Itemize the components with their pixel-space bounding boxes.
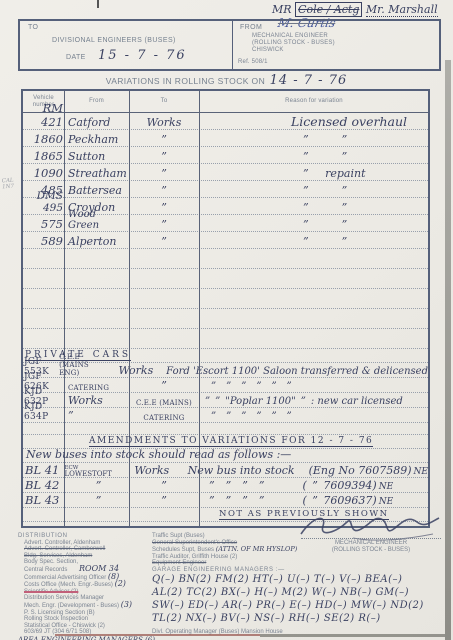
- empty-row: [23, 269, 428, 289]
- distribution-item: Advert. Controller, Aldenham: [18, 540, 153, 547]
- distribution-item: P. S. Licensing Section (B): [18, 610, 153, 617]
- table-row: BL 43 ” ” ” ” ” ” ( ” 7609637) NE: [23, 493, 428, 508]
- to-cell: ”: [129, 201, 199, 214]
- to-cell: CATERING: [129, 414, 199, 422]
- empty-row: [23, 309, 428, 329]
- reason-cell: ” ”: [199, 133, 428, 146]
- amendments-title: AMENDMENTS TO VARIATIONS FOR 12 - 7 - 76: [89, 436, 373, 447]
- to-value: DIVISIONAL ENGINEERS (BUSES): [52, 37, 176, 44]
- annotation-prefix: MR: [272, 3, 292, 16]
- handwritten-count: (2): [115, 579, 126, 588]
- attn-note: (ATTN. OF MR HYSLOP): [216, 545, 298, 553]
- distribution-item: Advert. Controller, Camberwell: [18, 546, 153, 553]
- from-cell-bottom: LOWESTOFT: [65, 471, 120, 477]
- scan-edge-shadow: [445, 60, 451, 640]
- from-cell: Works: [64, 394, 129, 407]
- variations-table: Vehicle number From To Reason for variat…: [21, 89, 430, 528]
- scan-artifact: [97, 0, 99, 8]
- distribution-item-text: Commercial Advertising Officer: [24, 575, 106, 581]
- reason-cell: ” ”: [199, 235, 428, 248]
- scan-edge-mark: [55, 634, 260, 636]
- table-row: 1865 Sutton ” ” ”: [23, 147, 428, 164]
- from-line2: (ROLLING STOCK - BUSES): [252, 40, 335, 47]
- from-cell: Wood Green: [64, 209, 129, 231]
- vehicle-number: 1860: [23, 132, 64, 146]
- reason-cell: ” ” ” ” ( ” 7609637) NE: [199, 494, 428, 507]
- from-cell: Streatham: [64, 167, 129, 180]
- to-cell: ”: [129, 479, 199, 492]
- table-row: 1860 Peckham ” ” ”: [23, 130, 428, 147]
- reason-cell: ” ”: [199, 201, 428, 214]
- vehicle-number: 589: [23, 234, 64, 248]
- reason-cell: ” ” ” ” ” ”: [199, 381, 428, 392]
- empty-row: [23, 423, 428, 435]
- distribution-heading: DISTRIBUTION: [18, 533, 153, 540]
- from-cell: ”: [64, 479, 129, 492]
- amendments-header-row: AMENDMENTS TO VARIATIONS FOR 12 - 7 - 76: [23, 435, 428, 449]
- distribution-item-text: Schedules Supt, Buses: [152, 547, 214, 553]
- to-cell: ”: [129, 379, 199, 392]
- distribution-item: Mech. Engr. (Development - Buses) (3): [18, 602, 153, 610]
- distribution-item: Distribution Services Manager: [18, 595, 153, 602]
- vehicle-number: BL 41: [23, 463, 61, 477]
- to-cell: ”: [129, 494, 199, 507]
- annotation-name: Mr. Marshall: [366, 3, 438, 17]
- distribution-item-text: Costs Office (Mech. Engr.-Buses): [24, 582, 113, 588]
- vehicle-number: 575: [23, 217, 64, 231]
- to-cell: ”: [129, 133, 199, 146]
- vehicle-number: BL 43: [23, 493, 64, 507]
- ne-mark: NE: [379, 482, 393, 492]
- reason-cell: ” repaint: [199, 167, 428, 180]
- empty-row: [23, 249, 428, 269]
- reason-cell: ” ” ” ” ( ” 7609394) NE: [199, 479, 428, 492]
- from-cell: Sutton: [64, 150, 129, 163]
- reason-text: ” ” ” ”: [199, 494, 265, 507]
- distribution-item: Costs Office (Mech. Engr.-Buses) (2): [18, 581, 153, 589]
- address-box-divider: [232, 21, 233, 69]
- reason-cell: ” ”: [199, 150, 428, 163]
- to-cell: Works: [112, 364, 161, 377]
- vehicle-number: BL 42: [23, 478, 64, 492]
- garage-codes-line: SW(–) ED(–) AR(–) PR(–) E(–) HD(–) MW(–)…: [152, 599, 442, 612]
- amendments-note-row: New buses into stock should read as foll…: [23, 449, 428, 463]
- reason-cell: Ford 'Escort 1100' Saloon transferred & …: [160, 366, 428, 377]
- title-printed: VARIATIONS IN ROLLING STOCK ON: [106, 76, 265, 86]
- from-cell: Peckham: [64, 133, 129, 146]
- reason-cell: New bus into stock (Eng No 7607589) NE: [184, 464, 428, 477]
- from-cell: Battersea: [64, 184, 129, 197]
- distribution-item: Scientific Adviser (2): [18, 589, 153, 596]
- col-header-from: From: [64, 98, 129, 105]
- distribution-item: Bldg. Services, Aldenham: [18, 553, 153, 560]
- from-cell: Catford: [64, 116, 129, 129]
- table-row: RM 421 Catford Works Licensed overhaul: [23, 113, 428, 130]
- distribution-item: Rolling Stock Inspection: [18, 616, 153, 623]
- from-cell: ECW LOWESTOFT: [61, 465, 120, 477]
- table-row: JGF 626K CATERING ” ” ” ” ” ” ”: [23, 378, 428, 393]
- ne-mark: NE: [379, 497, 393, 507]
- scanned-memo-page: MR Cole / Actg Mr. Marshall M. Curtis TO…: [0, 0, 453, 640]
- reason-text: New bus into stock: [184, 464, 295, 477]
- reason-cell: ” ”: [199, 218, 428, 231]
- to-cell: ”: [129, 167, 199, 180]
- reason-cell: ” ” "Poplar 1100" ” : new car licensed: [199, 396, 428, 407]
- distribution-left: DISTRIBUTION Advert. Controller, Aldenha…: [18, 533, 153, 640]
- from-cell: ”: [64, 409, 129, 422]
- to-cell: ”: [129, 235, 199, 248]
- table-body: RM 421 Catford Works Licensed overhaul 1…: [23, 113, 428, 531]
- handwritten-count: (3): [121, 600, 132, 609]
- distribution-item: Central Records ROOM 34: [18, 566, 153, 574]
- table-row: KJD 634P ” CATERING ” ” ” ” ” ”: [23, 408, 428, 423]
- table-row: JGF 553K C.E.E (MAINS ENG) Works Ford 'E…: [23, 363, 428, 378]
- area-engineering-managers: AREA ENGINEERING MANAGERS (6): [18, 636, 153, 640]
- empty-row: [23, 329, 428, 349]
- to-cell: Works: [129, 116, 199, 129]
- reason-cell: ” ” ” ” ” ”: [199, 411, 428, 422]
- engine-number: ( ” 7609394): [303, 479, 377, 492]
- reason-cell: ” ”: [199, 184, 428, 197]
- garage-codes-line: TL(2) NX(–) BV(–) NS(–) RH(–) SE(2) R(–): [152, 612, 442, 625]
- table-header: Vehicle number From To Reason for variat…: [23, 91, 428, 113]
- ref-number: Ref. 508/1: [238, 59, 268, 66]
- from-label: FROM: [240, 24, 262, 31]
- address-box: TO DIVISIONAL ENGINEERS (BUSES) DATE 15 …: [18, 19, 441, 71]
- empty-row: [23, 289, 428, 309]
- from-cell: C.E.E (MAINS ENG): [55, 353, 111, 377]
- table-row: 485 Battersea ” ” ”: [23, 181, 428, 198]
- table-row: 1090 Streatham ” ” repaint: [23, 164, 428, 181]
- col-header-reason: Reason for variation: [199, 98, 429, 105]
- date-value: 15 - 7 - 76: [98, 48, 187, 63]
- distribution-item: Commercial Advertising Officer (8): [18, 574, 153, 582]
- vehicle-number: 1090: [23, 166, 64, 180]
- from-cell: Alperton: [64, 235, 129, 248]
- to-cell: ”: [129, 184, 199, 197]
- stamp-line2: (ROLLING STOCK - BUSES): [301, 547, 441, 554]
- vehicle-number: DMS 495: [23, 190, 64, 214]
- distribution-item: Statistical Office - Chiswick (2): [18, 623, 153, 630]
- garage-codes-line: AL(2) TC(2) BX(–) H(–) M(2) W(–) NB(–) G…: [152, 586, 442, 599]
- ne-mark: NE: [414, 467, 428, 477]
- to-cell: C.E.E (MAINS): [129, 399, 199, 407]
- from-cell: ”: [64, 494, 129, 507]
- to-label: TO: [28, 24, 38, 31]
- title-date: 14 - 7 - 76: [270, 73, 348, 88]
- vehicle-number: 1865: [23, 149, 64, 163]
- to-cell: ”: [129, 150, 199, 163]
- reason-cell: Licensed overhaul: [199, 114, 428, 129]
- from-line1: MECHANICAL ENGINEER: [252, 33, 328, 40]
- table-row: 589 Alperton ” ” ”: [23, 232, 428, 249]
- engine-number: (Eng No 7607589): [309, 464, 412, 477]
- engine-number: ( ” 7609637): [303, 494, 377, 507]
- margin-note: CAL 1N7: [2, 178, 15, 191]
- scan-edge-mark: [260, 634, 445, 637]
- table-row: KJD 632P Works C.E.E (MAINS) ” ” "Poplar…: [23, 393, 428, 408]
- vehicle-number: RM 421: [23, 101, 64, 129]
- vehicle-number: KJD 634P: [23, 402, 64, 422]
- stamp-line1: MECHANICAL ENGINEER: [301, 540, 441, 547]
- date-label: DATE: [66, 54, 86, 61]
- to-cell: ”: [129, 218, 199, 231]
- from-line3: CHISWICK: [252, 47, 284, 54]
- signature-block: MECHANICAL ENGINEER (ROLLING STOCK - BUS…: [293, 512, 443, 562]
- annotation-boxed: Cole / Actg: [295, 2, 362, 17]
- table-row: 575 Wood Green ” ” ”: [23, 215, 428, 232]
- from-cell: CATERING: [64, 384, 129, 392]
- table-row: BL 42 ” ” ” ” ” ” ( ” 7609394) NE: [23, 478, 428, 493]
- distribution-item-text: Central Records: [24, 567, 67, 573]
- col-header-to: To: [129, 98, 199, 105]
- signature-stamp: MECHANICAL ENGINEER (ROLLING STOCK - BUS…: [301, 538, 441, 554]
- table-row: BL 41 ECW LOWESTOFT Works New bus into s…: [23, 463, 428, 478]
- distribution-item-text: Mech. Engr. (Development - Buses): [24, 603, 119, 609]
- reason-text: ” ” ” ”: [199, 479, 265, 492]
- garage-codes-line: Q(–) BN(2) FM(2) HT(–) U(–) T(–) V(–) BE…: [152, 573, 442, 586]
- page-title: VARIATIONS IN ROLLING STOCK ON 14 - 7 - …: [0, 71, 453, 89]
- amendments-note: New buses into stock should read as foll…: [26, 448, 291, 461]
